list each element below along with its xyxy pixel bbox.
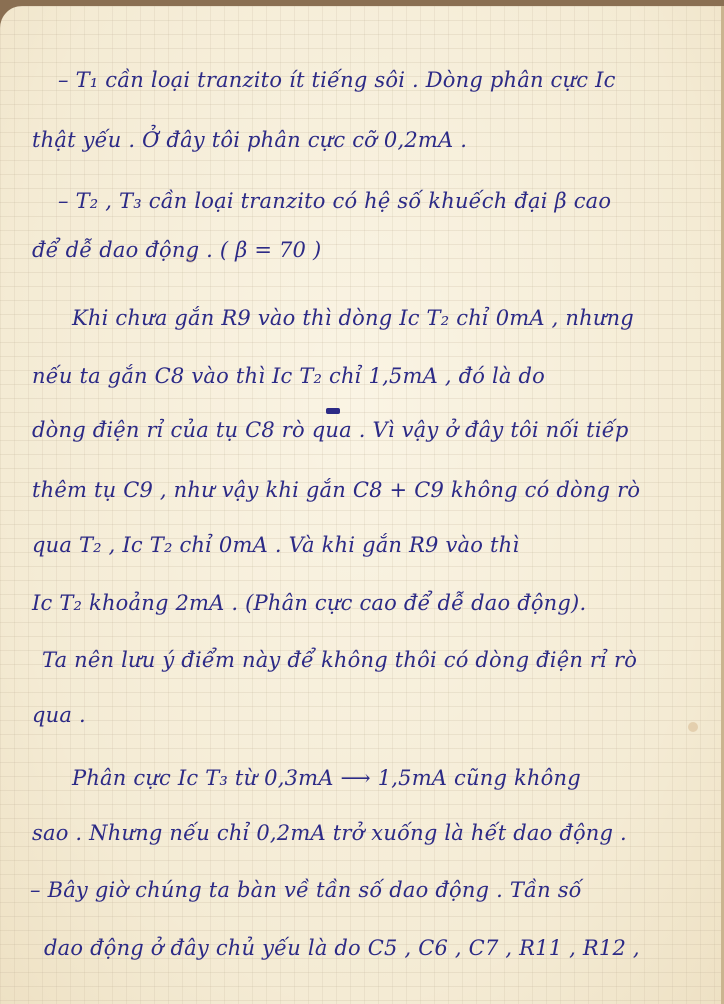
text-line-13: Phân cực Ic T₃ từ 0,3mA ⟶ 1,5mA cũng khô…: [72, 766, 581, 790]
text-line-1: – T₁ cần loại tranzito ít tiếng sôi . Dò…: [58, 68, 616, 92]
notebook-page: – T₁ cần loại tranzito ít tiếng sôi . Dò…: [0, 6, 722, 1004]
text-line-3: – T₂ , T₃ cần loại tranzito có hệ số khu…: [58, 189, 611, 213]
text-line-5: Khi chưa gắn R9 vào thì dòng Ic T₂ chỉ 0…: [72, 306, 634, 330]
ink-smudge: [326, 408, 340, 414]
text-line-7: dòng điện rỉ của tụ C8 rò qua . Vì vậy ở…: [32, 418, 629, 442]
text-line-6: nếu ta gắn C8 vào thì Ic T₂ chỉ 1,5mA , …: [32, 364, 545, 388]
paper-stain: [688, 722, 698, 732]
text-line-9: qua T₂ , Ic T₂ chỉ 0mA . Và khi gắn R9 v…: [32, 533, 519, 557]
text-line-2: thật yếu . Ở đây tôi phân cực cỡ 0,2mA .: [32, 128, 467, 152]
text-line-16: dao động ở đây chủ yếu là do C5 , C6 , C…: [44, 936, 640, 960]
text-line-14: sao . Nhưng nếu chỉ 0,2mA trở xuống là h…: [32, 821, 627, 845]
text-line-10: Ic T₂ khoảng 2mA . (Phân cực cao để dễ d…: [32, 591, 586, 615]
text-line-4: để dễ dao động . ( β = 70 ): [32, 238, 321, 262]
text-line-11: Ta nên lưu ý điểm này để không thôi có d…: [42, 648, 637, 672]
text-line-15: – Bây giờ chúng ta bàn về tần số dao độn…: [30, 878, 582, 902]
text-line-12: qua .: [32, 703, 86, 727]
text-line-8: thêm tụ C9 , như vậy khi gắn C8 + C9 khô…: [32, 478, 640, 502]
